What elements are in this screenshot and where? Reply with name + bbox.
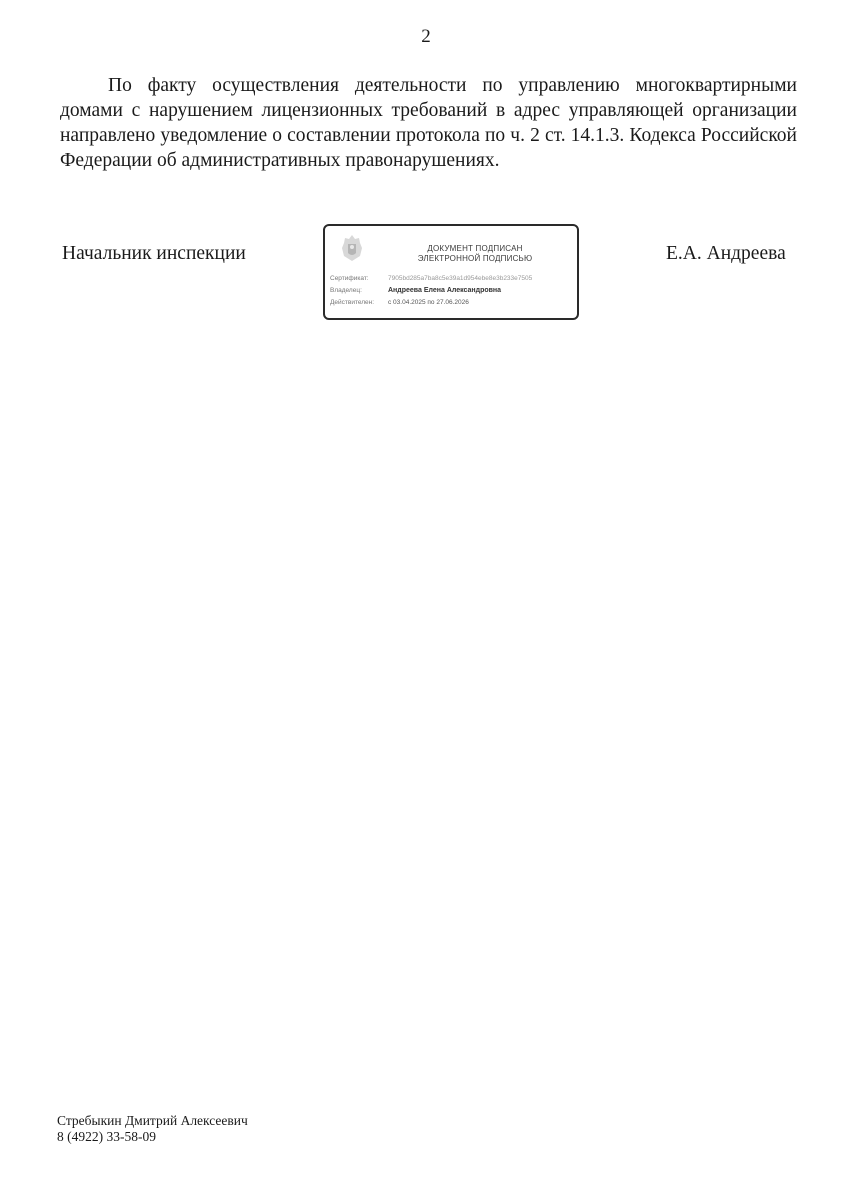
signer-name: Е.А. Андреева <box>666 243 786 265</box>
body-text: По факту осуществления деятельности по у… <box>60 73 797 173</box>
owner-row: Владелец:Андреева Елена Александровна <box>330 287 501 294</box>
owner-value: Андреева Елена Александровна <box>388 287 501 294</box>
electronic-signature-stamp: ДОКУМЕНТ ПОДПИСАН ЭЛЕКТРОННОЙ ПОДПИСЬЮ С… <box>323 224 579 320</box>
stamp-header: ДОКУМЕНТ ПОДПИСАН ЭЛЕКТРОННОЙ ПОДПИСЬЮ <box>385 244 565 264</box>
executor-info: Стребыкин Дмитрий Алексеевич 8 (4922) 33… <box>57 1113 248 1145</box>
page-number: 2 <box>0 26 852 48</box>
executor-phone: 8 (4922) 33-58-09 <box>57 1129 248 1145</box>
validity-row: Действителен:с 03.04.2025 по 27.06.2026 <box>330 299 469 306</box>
validity-value: с 03.04.2025 по 27.06.2026 <box>388 299 469 306</box>
body-paragraph: По факту осуществления деятельности по у… <box>60 73 797 173</box>
signer-title: Начальник инспекции <box>62 243 246 265</box>
certificate-value: 7905bd285a7ba8c5e39a1d954ebe8e3b233e7505 <box>388 275 532 282</box>
executor-name: Стребыкин Дмитрий Алексеевич <box>57 1113 248 1129</box>
coat-of-arms-icon <box>341 234 363 262</box>
certificate-row: Сертификат:7905bd285a7ba8c5e39a1d954ebe8… <box>330 275 532 282</box>
